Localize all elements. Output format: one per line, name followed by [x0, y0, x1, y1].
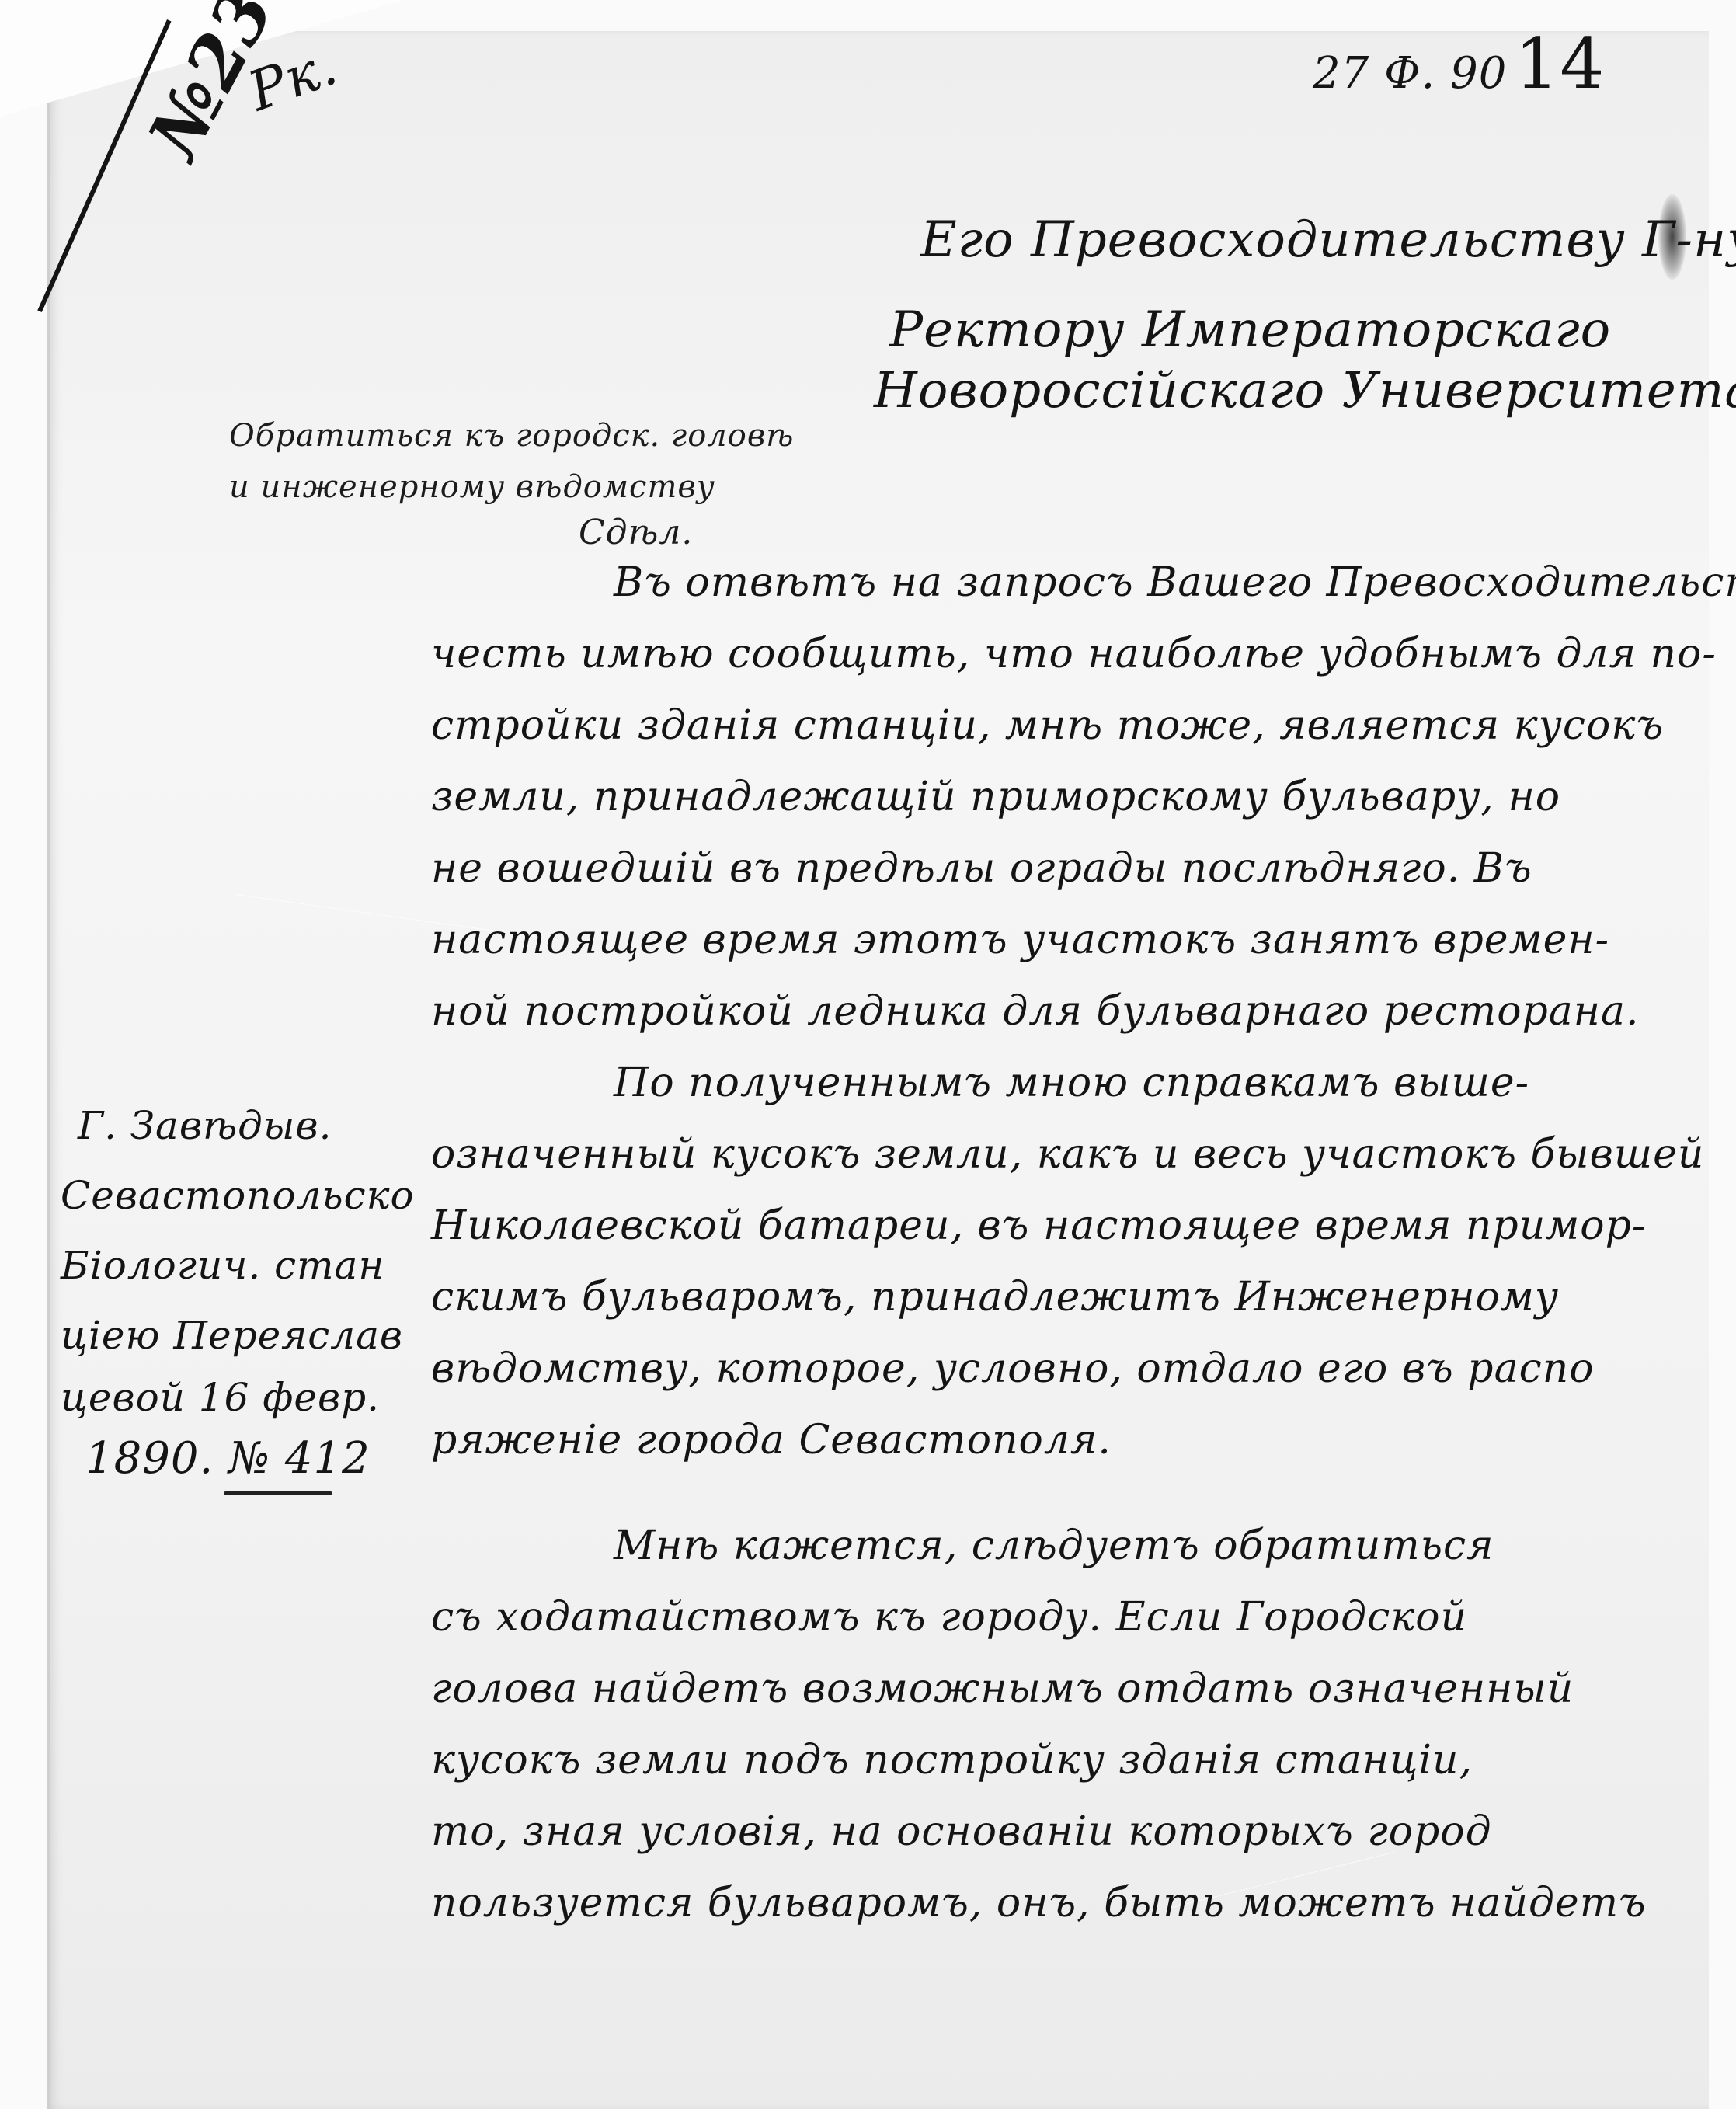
body-line: голова найдетъ возможнымъ отдать означен… — [431, 1665, 1574, 1712]
resolution-note-line: и инженерному вѣдомству — [229, 469, 715, 505]
body-line: По полученнымъ мною справкамъ выше- — [614, 1060, 1529, 1106]
addressee-line: Его Превосходительству Г-ну — [920, 211, 1736, 269]
body-line: ряженіе города Севастополя. — [431, 1417, 1112, 1463]
body-line: пользуется бульваромъ, онъ, быть можетъ … — [431, 1880, 1647, 1926]
body-line: вѣдомству, которое, условно, отдало его … — [431, 1345, 1595, 1392]
body-line: означенный кусокъ земли, какъ и весь уча… — [431, 1131, 1704, 1178]
body-line: настоящее время этотъ участокъ занятъ вр… — [431, 917, 1609, 963]
body-line: ной постройкой ледника для бульварнаго р… — [431, 988, 1640, 1035]
body-line: Въ отвѣтъ на запросъ Вашего Превосходите… — [614, 559, 1736, 606]
addressee-line: Ректору Императорскаго — [889, 301, 1611, 359]
folio-number: 14 — [1515, 23, 1606, 105]
letter-date: 27 Ф. 90 — [1313, 48, 1507, 99]
resolution-note-line: Обратиться къ городск. головѣ — [229, 418, 794, 454]
margin-note-line: Біологич. стан — [61, 1243, 384, 1288]
margin-note-line: ціею Переяслав — [61, 1313, 403, 1358]
body-line: то, зная условія, на основаніи которыхъ … — [431, 1808, 1492, 1855]
margin-underline — [224, 1491, 332, 1495]
resolution-note-line: Сдѣл. — [579, 513, 693, 552]
body-line: скимъ бульваромъ, принадлежитъ Инженерно… — [431, 1274, 1559, 1321]
body-line: Мнѣ кажется, слѣдуетъ обратиться — [614, 1523, 1494, 1569]
body-line: земли, принадлежащій приморскому бульвар… — [431, 774, 1560, 820]
margin-note-line: Г. Завѣдыв. — [78, 1103, 332, 1148]
margin-note-line: Севастопольско — [61, 1173, 415, 1218]
body-line: съ ходатайствомъ къ городу. Если Городск… — [431, 1594, 1467, 1641]
margin-note-line: 1890. № 412 — [85, 1433, 371, 1484]
body-line: стройки зданія станціи, мнѣ тоже, являет… — [431, 702, 1664, 749]
body-line: Николаевской батареи, въ настоящее время… — [431, 1202, 1646, 1249]
page-edge — [47, 31, 50, 2109]
body-line: честь имѣю сообщить, что наиболѣе удобны… — [431, 631, 1717, 677]
body-line: не вошедшій въ предѣлы ограды послѣдняго… — [431, 845, 1532, 892]
addressee-line: Новороссійскаго Университета. — [874, 362, 1736, 419]
margin-note-line: цевой 16 февр. — [61, 1375, 380, 1420]
body-line: кусокъ земли подъ постройку зданія станц… — [431, 1737, 1473, 1784]
